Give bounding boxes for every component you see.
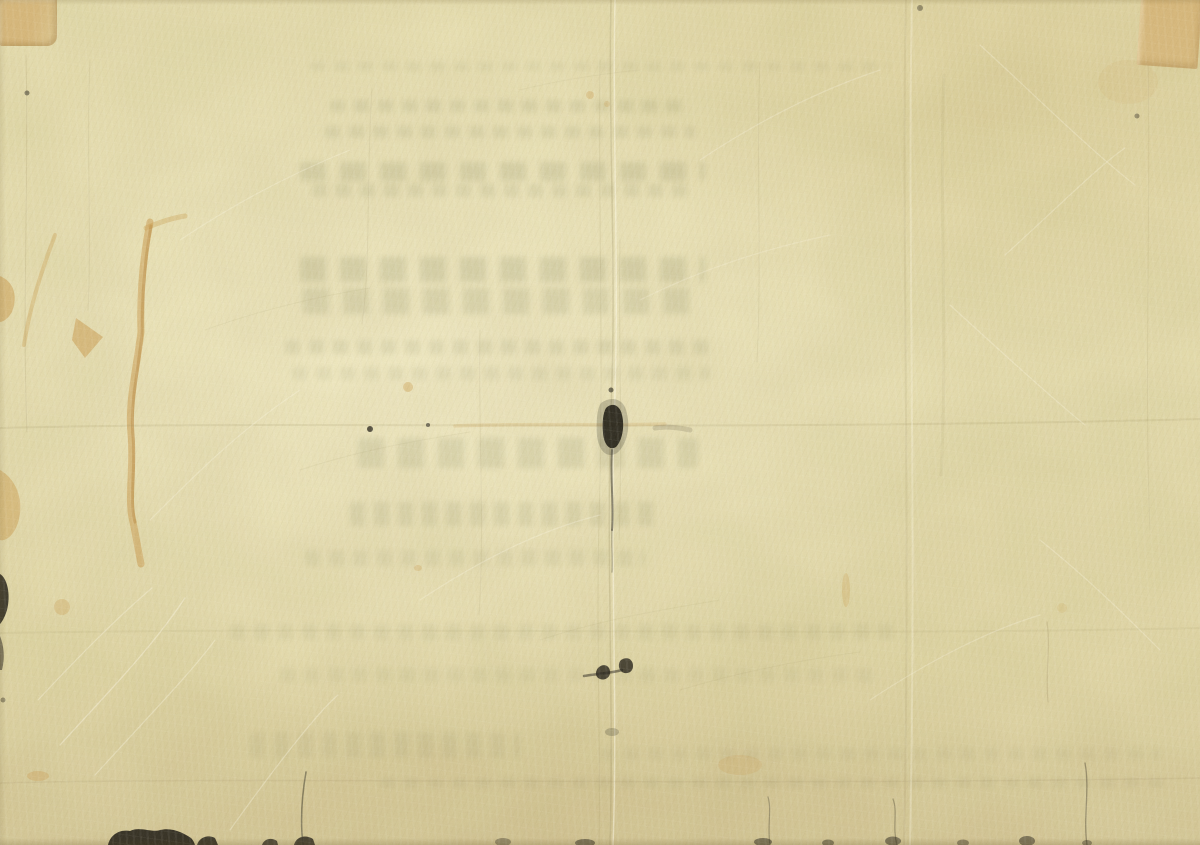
ghost-show-through-bands [0, 0, 1200, 845]
ghost-text-band [310, 62, 890, 71]
ghost-text-band [292, 367, 710, 380]
ghost-text-band [300, 162, 705, 181]
ghost-text-band [300, 257, 705, 282]
ghost-text-band [230, 624, 900, 640]
ghost-text-band [325, 126, 695, 138]
ghost-text-band [305, 550, 645, 566]
ghost-text-band [312, 184, 692, 197]
ghost-text-band [350, 502, 660, 526]
ghost-text-band [250, 732, 520, 758]
ghost-text-band [280, 668, 880, 682]
aged-paper-scan [0, 0, 1200, 845]
ghost-text-band [600, 748, 1160, 760]
tape-remnant-top-right [1136, 0, 1200, 69]
ghost-text-band [285, 340, 715, 354]
ghost-text-band [358, 438, 698, 468]
ghost-text-band [380, 778, 1170, 788]
ghost-text-band [330, 100, 690, 112]
ghost-text-band [303, 288, 703, 314]
tape-remnant-top-left [0, 0, 57, 46]
